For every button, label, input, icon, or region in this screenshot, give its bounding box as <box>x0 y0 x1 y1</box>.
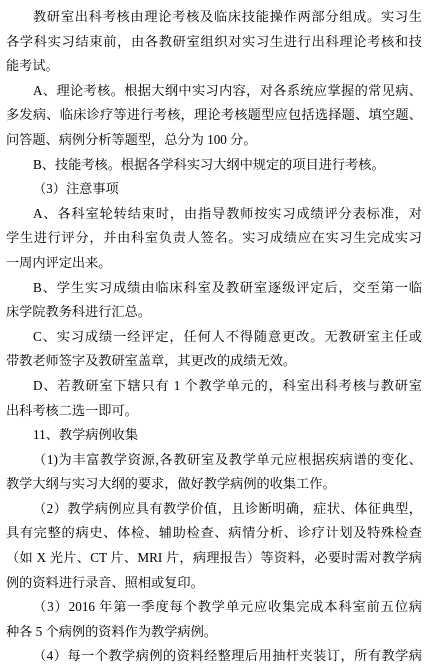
text-line: 多发病、临床诊疗等进行考核，理论考核题型应包括选择题、填空题、 <box>6 103 422 128</box>
text-line: 种各 5 个病例的资料作为教学病例。 <box>6 620 422 645</box>
text-line: 教学大纲与实习大纲的要求，做好教学病例的收集工作。 <box>6 472 422 497</box>
text-line: （3）注意事项 <box>6 177 422 202</box>
text-line: 具有完整的病史、体检、辅助检查、病情分析、诊疗计划及特殊检查 <box>6 521 422 546</box>
text-line: A、理论考核。根据大纲中实习内容，对各系统应掌握的常见病、 <box>6 79 422 104</box>
text-line: 教研室出科考核由理论考核及临床技能操作两部分组成。实习生 <box>6 5 422 30</box>
text-line: （4）每一个教学病例的资料经整理后用抽杆夹装订，所有教学病 <box>6 644 422 669</box>
text-line: 能考试。 <box>6 54 422 79</box>
document-page: 教研室出科考核由理论考核及临床技能操作两部分组成。实习生 各学科实习结束前，由各… <box>0 0 427 670</box>
text-line: 问答题、病例分析等题型，总分为 100 分。 <box>6 128 422 153</box>
text-line: 11、教学病例收集 <box>6 423 422 448</box>
text-line: 出科考核二选一即可。 <box>6 399 422 424</box>
text-line: D、若教研室下辖只有 1 个教学单元的，科室出科考核与教研室 <box>6 374 422 399</box>
text-line: 例的资料进行录音、照相或复印。 <box>6 571 422 596</box>
text-line: B、学生实习成绩由临床科室及教研室逐级评定后，交至第一临 <box>6 276 422 301</box>
text-line: （如 X 光片、CT 片、MRI 片，病理报告）等资料，必要时需对教学病 <box>6 546 422 571</box>
text-line: C、实习成绩一经评定，任何人不得随意更改。无教研室主任或 <box>6 325 422 350</box>
text-line: 一周内评定出来。 <box>6 251 422 276</box>
text-line: （1)为丰富教学资源,各教研室及教学单元应根据疾病谱的变化、 <box>6 448 422 473</box>
text-line: 各学科实习结束前，由各教研室组织对实习生进行出科理论考核和技 <box>6 30 422 55</box>
text-line: 带教老师签字及教研室盖章，其更改的成绩无效。 <box>6 349 422 374</box>
text-line: （2）教学病例应具有教学价值，且诊断明确，症状、体征典型， <box>6 497 422 522</box>
text-line: B、技能考核。根据各学科实习大纲中规定的项目进行考核。 <box>6 153 422 178</box>
text-line: 学生进行评分，并由科室负责人签名。实习成绩应在实习生完成实习 <box>6 226 422 251</box>
text-line: （3）2016 年第一季度每个教学单元应收集完成本科室前五位病 <box>6 595 422 620</box>
text-line: A、各科室轮转结束时，由指导教师按实习成绩评分表标准，对 <box>6 202 422 227</box>
text-line: 床学院教务科进行汇总。 <box>6 300 422 325</box>
